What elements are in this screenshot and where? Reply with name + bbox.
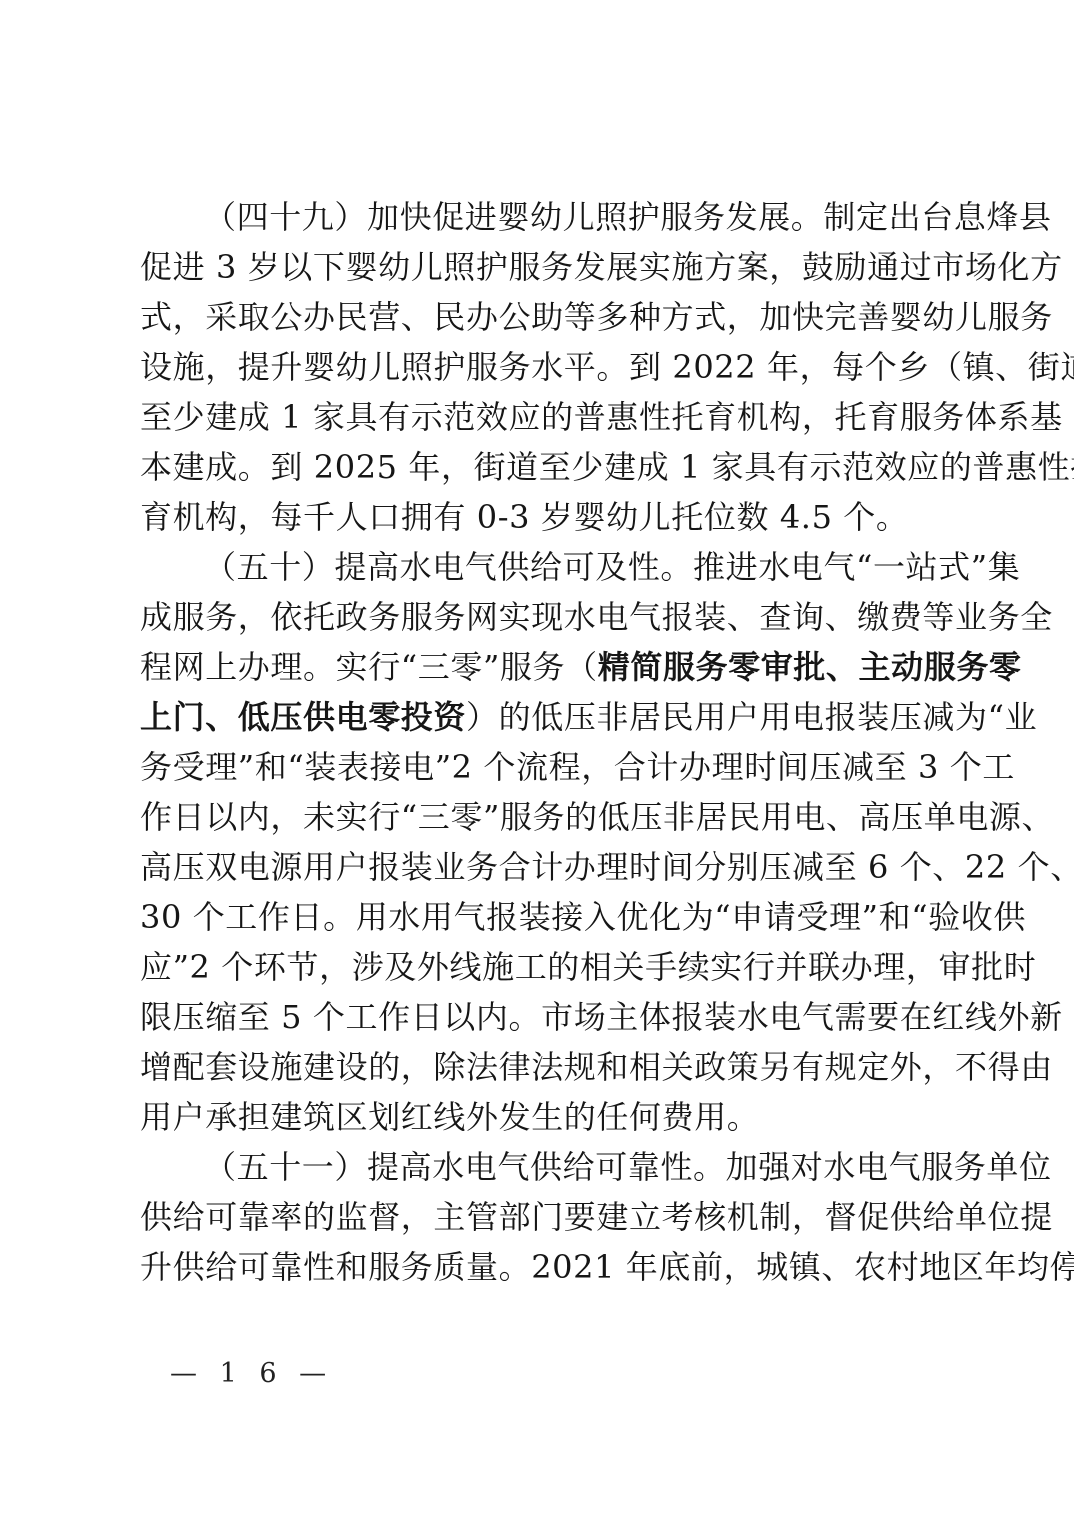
- page-number: — 1 6 —: [170, 1358, 333, 1389]
- text-line: 限压缩至 5 个工作日以内。市场主体报装水电气需要在红线外新: [140, 992, 964, 1042]
- line-text: 升供给可靠性和服务质量。2021 年底前，城镇、农村地区年均停: [140, 1248, 1074, 1286]
- line-text: 30 个工作日。用水用气报装接入优化为“申请受理”和“验收供: [140, 898, 1026, 936]
- text-line: 至少建成 1 家具有示范效应的普惠性托育机构，托育服务体系基: [140, 392, 964, 442]
- line-text: ）的低压非居民用户用电报装压减为“业: [466, 698, 1037, 736]
- text-line: 设施，提升婴幼儿照护服务水平。到 2022 年，每个乡（镇、街道）: [140, 342, 964, 392]
- line-text: （五十一）提高水电气供给可靠性。加强对水电气服务单位: [204, 1148, 1052, 1186]
- text-line: 育机构，每千人口拥有 0-3 岁婴幼儿托位数 4.5 个。: [140, 492, 964, 542]
- text-line: 30 个工作日。用水用气报装接入优化为“申请受理”和“验收供: [140, 892, 964, 942]
- text-line: 增配套设施建设的，除法律法规和相关政策另有规定外，不得由: [140, 1042, 964, 1092]
- text-line: 务受理”和“装表接电”2 个流程，合计办理时间压减至 3 个工: [140, 742, 964, 792]
- line-text: 本建成。到 2025 年，街道至少建成 1 家具有示范效应的普惠性托: [140, 448, 1074, 486]
- line-text: 程网上办理。实行“三零”服务（: [140, 648, 598, 686]
- document-page: （四十九）加快促进婴幼儿照护服务发展。制定出台息烽县 促进 3 岁以下婴幼儿照护…: [0, 0, 1074, 1520]
- line-text: 至少建成 1 家具有示范效应的普惠性托育机构，托育服务体系基: [140, 398, 1063, 436]
- line-text-bold: 精简服务零审批、主动服务零: [598, 648, 1022, 686]
- line-text: （四十九）加快促进婴幼儿照护服务发展。制定出台息烽县: [204, 198, 1052, 236]
- text-line: 用户承担建筑区划红线外发生的任何费用。: [140, 1092, 964, 1142]
- line-text: 成服务，依托政务服务网实现水电气报装、查询、缴费等业务全: [140, 598, 1053, 636]
- text-line: 本建成。到 2025 年，街道至少建成 1 家具有示范效应的普惠性托: [140, 442, 964, 492]
- line-text: 用户承担建筑区划红线外发生的任何费用。: [140, 1098, 759, 1136]
- text-line: （五十一）提高水电气供给可靠性。加强对水电气服务单位: [140, 1142, 964, 1192]
- line-text: 务受理”和“装表接电”2 个流程，合计办理时间压减至 3 个工: [140, 748, 1015, 786]
- line-text: 设施，提升婴幼儿照护服务水平。到 2022 年，每个乡（镇、街道）: [140, 348, 1074, 386]
- text-line: （五十）提高水电气供给可及性。推进水电气“一站式”集: [140, 542, 964, 592]
- text-line: 促进 3 岁以下婴幼儿照护服务发展实施方案，鼓励通过市场化方: [140, 242, 964, 292]
- line-text: （五十）提高水电气供给可及性。推进水电气“一站式”集: [204, 548, 1020, 586]
- line-text: 育机构，每千人口拥有 0-3 岁婴幼儿托位数 4.5 个。: [140, 498, 909, 536]
- line-text: 应”2 个环节，涉及外线施工的相关手续实行并联办理，审批时: [140, 948, 1036, 986]
- text-line: 高压双电源用户报装业务合计办理时间分别压减至 6 个、22 个、: [140, 842, 964, 892]
- text-line: 程网上办理。实行“三零”服务（精简服务零审批、主动服务零: [140, 642, 964, 692]
- text-line: （四十九）加快促进婴幼儿照护服务发展。制定出台息烽县: [140, 192, 964, 242]
- line-text: 增配套设施建设的，除法律法规和相关政策另有规定外，不得由: [140, 1048, 1053, 1086]
- document-body: （四十九）加快促进婴幼儿照护服务发展。制定出台息烽县 促进 3 岁以下婴幼儿照护…: [140, 192, 964, 1292]
- line-text: 高压双电源用户报装业务合计办理时间分别压减至 6 个、22 个、: [140, 848, 1074, 886]
- text-line: 成服务，依托政务服务网实现水电气报装、查询、缴费等业务全: [140, 592, 964, 642]
- line-text: 作日以内，未实行“三零”服务的低压非居民用电、高压单电源、: [140, 798, 1054, 836]
- text-line: 上门、低压供电零投资）的低压非居民用户用电报装压减为“业: [140, 692, 964, 742]
- line-text-bold: 上门、低压供电零投资: [140, 698, 466, 736]
- line-text: 促进 3 岁以下婴幼儿照护服务发展实施方案，鼓励通过市场化方: [140, 248, 1063, 286]
- text-line: 供给可靠率的监督，主管部门要建立考核机制，督促供给单位提: [140, 1192, 964, 1242]
- line-text: 供给可靠率的监督，主管部门要建立考核机制，督促供给单位提: [140, 1198, 1053, 1236]
- text-line: 式，采取公办民营、民办公助等多种方式，加快完善婴幼儿服务: [140, 292, 964, 342]
- text-line: 应”2 个环节，涉及外线施工的相关手续实行并联办理，审批时: [140, 942, 964, 992]
- text-line: 升供给可靠性和服务质量。2021 年底前，城镇、农村地区年均停: [140, 1242, 964, 1292]
- line-text: 式，采取公办民营、民办公助等多种方式，加快完善婴幼儿服务: [140, 298, 1053, 336]
- text-line: 作日以内，未实行“三零”服务的低压非居民用电、高压单电源、: [140, 792, 964, 842]
- line-text: 限压缩至 5 个工作日以内。市场主体报装水电气需要在红线外新: [140, 998, 1063, 1036]
